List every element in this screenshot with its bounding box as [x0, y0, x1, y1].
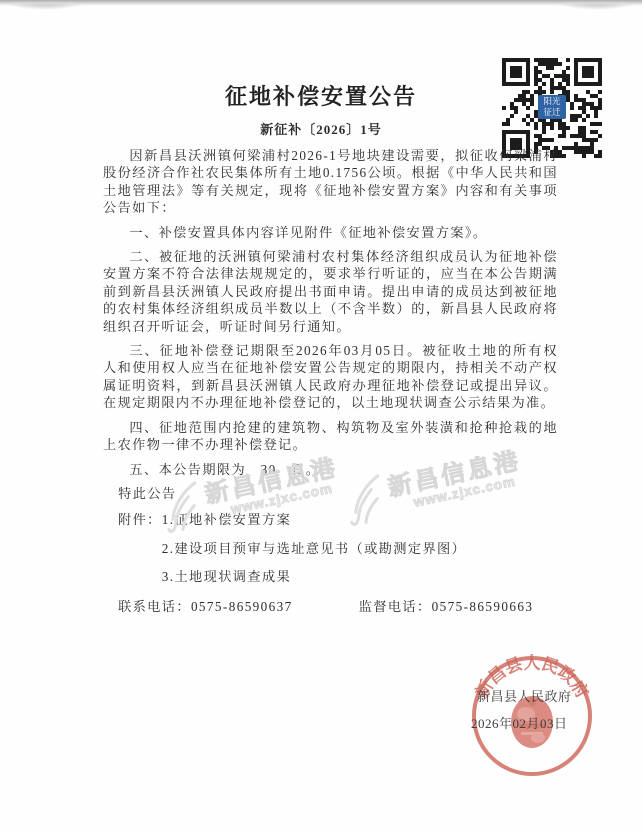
attachment-item: 1.征地补偿安置方案: [162, 511, 466, 529]
attachments-list: 1.征地补偿安置方案 2.建设项目预审与选址意见书（或勘测定界图） 3.土地现状…: [162, 511, 466, 597]
attachment-item: 2.建设项目预审与选址意见书（或勘测定界图）: [162, 540, 466, 558]
clause-4: 四、征地范围内抢建的建筑物、构筑物及室外装潢和抢种抢栽的地上农作物一律不办理补偿…: [103, 419, 558, 454]
clause-1: 一、补偿安置具体内容详见附件《征地补偿安置方案》。: [103, 224, 558, 241]
qr-center-badge: 阳光 征迁: [538, 95, 566, 119]
clause-2: 二、被征地的沃洲镇何梁浦村农村集体经济组织成员认为征地补偿安置方案不符合法律法规…: [103, 248, 558, 335]
clause-3: 三、征地补偿登记期限至2026年03月05日。被征收土地的所有权人和使用权人应当…: [103, 342, 558, 412]
attachment-item: 3.土地现状调查成果: [162, 568, 466, 586]
supervise-phone-label: 监督电话：: [359, 598, 432, 615]
contact-phone-label: 联系电话：: [118, 598, 191, 615]
phone-line: 联系电话：0575-86590637 监督电话：0575-86590663: [103, 598, 558, 615]
issuer-signature: 新昌县人民政府: [477, 686, 572, 705]
scanned-notice-page: 征地补偿安置公告 新征补〔2026〕1号 阳光 征迁 因新昌县沃洲镇何梁浦村20…: [0, 0, 642, 834]
notice-body: 因新昌县沃洲镇何梁浦村2026-1号地块建设需要，拟征收何梁浦村股份经济合作社农…: [103, 147, 558, 615]
supervise-phone-number: 0575-86590663: [432, 598, 534, 615]
clause-5: 五、本公告期限为 30 日。: [103, 461, 558, 478]
attachments-label: 附件：: [118, 511, 162, 597]
qr-badge-line2: 征迁: [538, 107, 566, 118]
issue-date: 2026年02月03日: [471, 713, 568, 732]
qr-badge-line1: 阳光: [538, 96, 566, 107]
contact-phone-number: 0575-86590637: [191, 598, 293, 615]
qr-code: 阳光 征迁: [502, 58, 602, 158]
scan-edge-shadow: [0, 0, 642, 6]
attachments-block: 附件： 1.征地补偿安置方案 2.建设项目预审与选址意见书（或勘测定界图） 3.…: [103, 511, 558, 597]
intro-paragraph: 因新昌县沃洲镇何梁浦村2026-1号地块建设需要，拟征收何梁浦村股份经济合作社农…: [103, 147, 558, 217]
closing-line: 特此公告: [103, 485, 558, 502]
